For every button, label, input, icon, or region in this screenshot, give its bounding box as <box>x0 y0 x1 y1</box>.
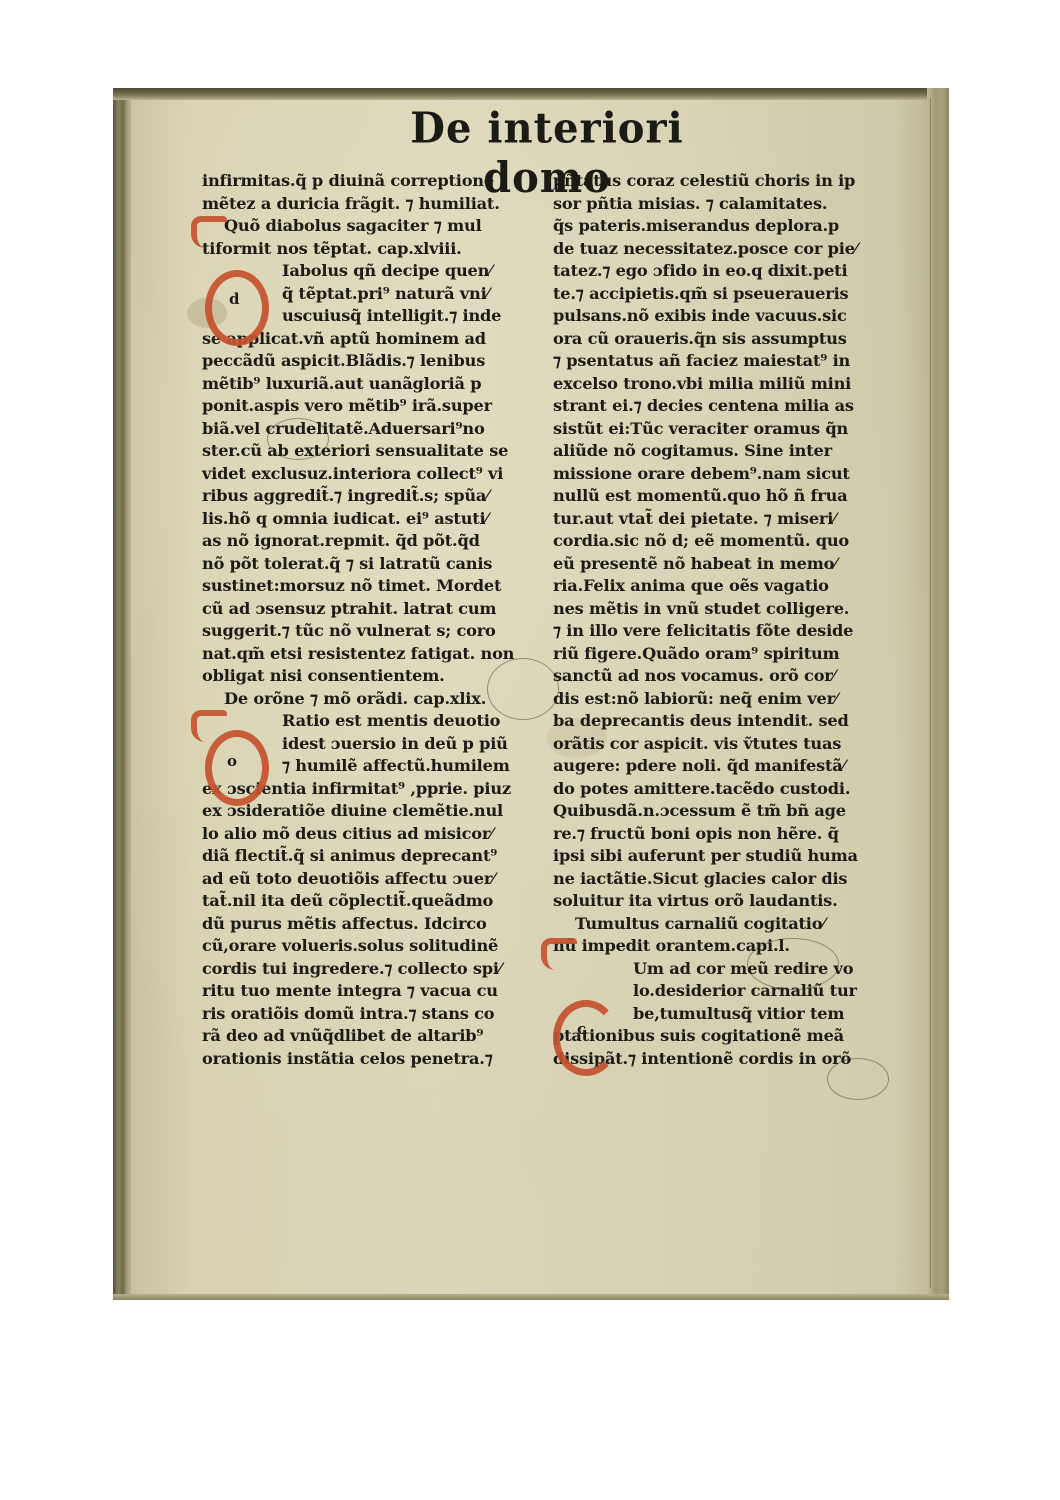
text-line: Um ad cor meũ redire vo <box>553 958 893 981</box>
text-line: excelso trono.vbi milia miliũ mini <box>553 373 893 396</box>
text-line: ⁊ in illo vere felicitatis fõte deside <box>553 620 893 643</box>
text-line: ba deprecantis deus intendit. sed <box>553 710 893 733</box>
text-line: cordia.sic nõ d; eẽ momentũ. quo <box>553 530 893 553</box>
text-line: dis est:nõ labiorũ: neq̃ enim ver⁄ <box>553 688 893 711</box>
text-line: diã flectit̃.q̃ si animus deprecant⁹ <box>202 845 542 868</box>
text-line: cũ ad ɔsensuz ptrahit. latrat cum <box>202 598 542 621</box>
text-line: ne iactãtie.Sicut glacies calor dis <box>553 868 893 891</box>
initial-ring <box>553 1000 619 1076</box>
initial-letter-d: d <box>205 266 275 346</box>
text-line: re.⁊ fructũ boni opis non hẽre. q̃ <box>553 823 893 846</box>
chapter-heading: De orõne ⁊ mõ orãdi. cap.xlix. <box>202 688 542 711</box>
text-line: ris oratiõis domũ intra.⁊ stans co <box>202 1003 542 1026</box>
text-line: mẽtib⁹ luxuriã.aut uanãgloriã p <box>202 373 542 396</box>
text-line: peccãdũ aspicit.Blãdis.⁊ lenibus <box>202 350 542 373</box>
text-line: riũ figere.Quãdo oram⁹ spiritum <box>553 643 893 666</box>
text-line: augere: pdere noli. q̃d manifestã⁄ <box>553 755 893 778</box>
book-bottom-edge <box>113 1294 949 1300</box>
text-line: ad eũ toto deuotiõis affectu ɔuer⁄ <box>202 868 542 891</box>
guide-letter: o <box>227 752 237 770</box>
text-line: cũ,orare volueris.solus solitudinẽ <box>202 935 542 958</box>
text-line: nõ põt tolerat.q̃ ⁊ si latratũ canis <box>202 553 542 576</box>
text-line: obligat nisi consentientem. <box>202 665 542 688</box>
text-line: ribus aggredit̃.⁊ ingredit̃.s; spũa⁄ <box>202 485 542 508</box>
text-line: lo alio mõ deus citius ad misicor⁄ <box>202 823 542 846</box>
chapter-heading: Quõ diabolus sagaciter ⁊ mul <box>202 215 542 238</box>
text-line: suggerit.⁊ tũc nõ vulnerat s; coro <box>202 620 542 643</box>
right-column: pñtatus coraz celestiũ choris in ip sor … <box>553 170 893 1070</box>
text-line: tat̃.nil ita deũ cõplectit̃.queãdmo <box>202 890 542 913</box>
initial-ring <box>205 270 269 346</box>
text-line: nullũ est momentũ.quo hõ ñ frua <box>553 485 893 508</box>
text-line: ria.Felix anima que oẽs vagatio <box>553 575 893 598</box>
initial-letter-o: o <box>205 728 275 808</box>
text-line: ster.cũ ab exteriori sensualitate se <box>202 440 542 463</box>
text-line: videt exclusuz.interiora collect⁹ vi <box>202 463 542 486</box>
book-right-edge <box>927 88 949 1300</box>
text-line: dũ purus mẽtis affectus. Idcirco <box>202 913 542 936</box>
text-line: sustinet:morsuz nõ timet. Mordet <box>202 575 542 598</box>
text-line: sanctũ ad nos vocamus. orõ cor⁄ <box>553 665 893 688</box>
page-scan: De interiori domo infirmitas.q̃ p diuinã… <box>113 88 949 1300</box>
text-line: q̃s pateris.miserandus deplora.p <box>553 215 893 238</box>
text-line: pñtatus coraz celestiũ choris in ip <box>553 170 893 193</box>
text-line: ora cũ oraueris.q̃n sis assumptus <box>553 328 893 351</box>
text-line: ipsi sibi auferunt per studiũ huma <box>553 845 893 868</box>
book-top-edge <box>113 88 949 100</box>
text-line: nes mẽtis in vnũ studet colligere. <box>553 598 893 621</box>
text-line: sor pñtia misias. ⁊ calamitates. <box>553 193 893 216</box>
text-line: orãtis cor aspicit. vis ṽtutes tuas <box>553 733 893 756</box>
text-line: te.⁊ accipietis.qm̃ si pseueraueris <box>553 283 893 306</box>
text-line: lis.hõ q omnia iudicat. ei⁹ astuti⁄ <box>202 508 542 531</box>
text-line: missione orare debem⁹.nam sicut <box>553 463 893 486</box>
text-line: infirmitas.q̃ p diuinã correptionẽ <box>202 170 542 193</box>
text-line: ritu tuo mente integra ⁊ vacua cu <box>202 980 542 1003</box>
text-line: biã.vel crudelitatẽ.Aduersari⁹no <box>202 418 542 441</box>
text-line: pulsans.nõ exibis inde vacuus.sic <box>553 305 893 328</box>
text-line: as nõ ignorat.repmit. q̃d põt.q̃d <box>202 530 542 553</box>
rubric-paragraph-mark <box>541 938 577 970</box>
text-line: sistũt ei:Tũc veraciter oramus q̃n <box>553 418 893 441</box>
guide-letter: d <box>229 290 240 308</box>
page-fold-line <box>930 98 931 1288</box>
text-line: de tuaz necessitatez.posce cor pie⁄ <box>553 238 893 261</box>
text-line: tur.aut vtat̃ dei pietate. ⁊ miseri⁄ <box>553 508 893 531</box>
text-line: soluitur ita virtus orõ laudantis. <box>553 890 893 913</box>
text-line: strant ei.⁊ decies centena milia as <box>553 395 893 418</box>
guide-letter: c <box>577 1020 586 1038</box>
chapter-heading: tiformit nos tẽptat. cap.xlviii. <box>202 238 542 261</box>
text-line: ponit.aspis vero mẽtib⁹ irã.super <box>202 395 542 418</box>
text-line: nat.qm̃ etsi resistentez fatigat. non <box>202 643 542 666</box>
text-line: ⁊ psentatus añ faciez maiestat⁹ in <box>553 350 893 373</box>
text-line: aliũde nõ cogitamus. Sine inter <box>553 440 893 463</box>
text-line: do potes amittere.tacẽdo custodi. <box>553 778 893 801</box>
text-line: Quibusdã.n.ɔcessum ẽ tm̃ bñ age <box>553 800 893 823</box>
chapter-heading: nũ impedit orantem.capi.l. <box>553 935 893 958</box>
text-line: rã deo ad vnũq̃dlibet de altarib⁹ <box>202 1025 542 1048</box>
text-line: cordis tui ingredere.⁊ collecto spi⁄ <box>202 958 542 981</box>
text-line: eũ presentẽ nõ habeat in memo⁄ <box>553 553 893 576</box>
text-line: orationis instãtia celos penetra.⁊ <box>202 1048 542 1071</box>
rubric-paragraph-mark <box>191 216 227 248</box>
text-line: mẽtez a duricia frãgit. ⁊ humiliat. <box>202 193 542 216</box>
chapter-heading: Tumultus carnaliũ cogitatio⁄ <box>553 913 893 936</box>
book-left-edge <box>113 88 131 1300</box>
initial-letter-c: c <box>553 998 623 1078</box>
text-line: tatez.⁊ ego ɔfido in eo.q dixit.peti <box>553 260 893 283</box>
paper-leaf: De interiori domo infirmitas.q̃ p diuinã… <box>127 98 927 1296</box>
